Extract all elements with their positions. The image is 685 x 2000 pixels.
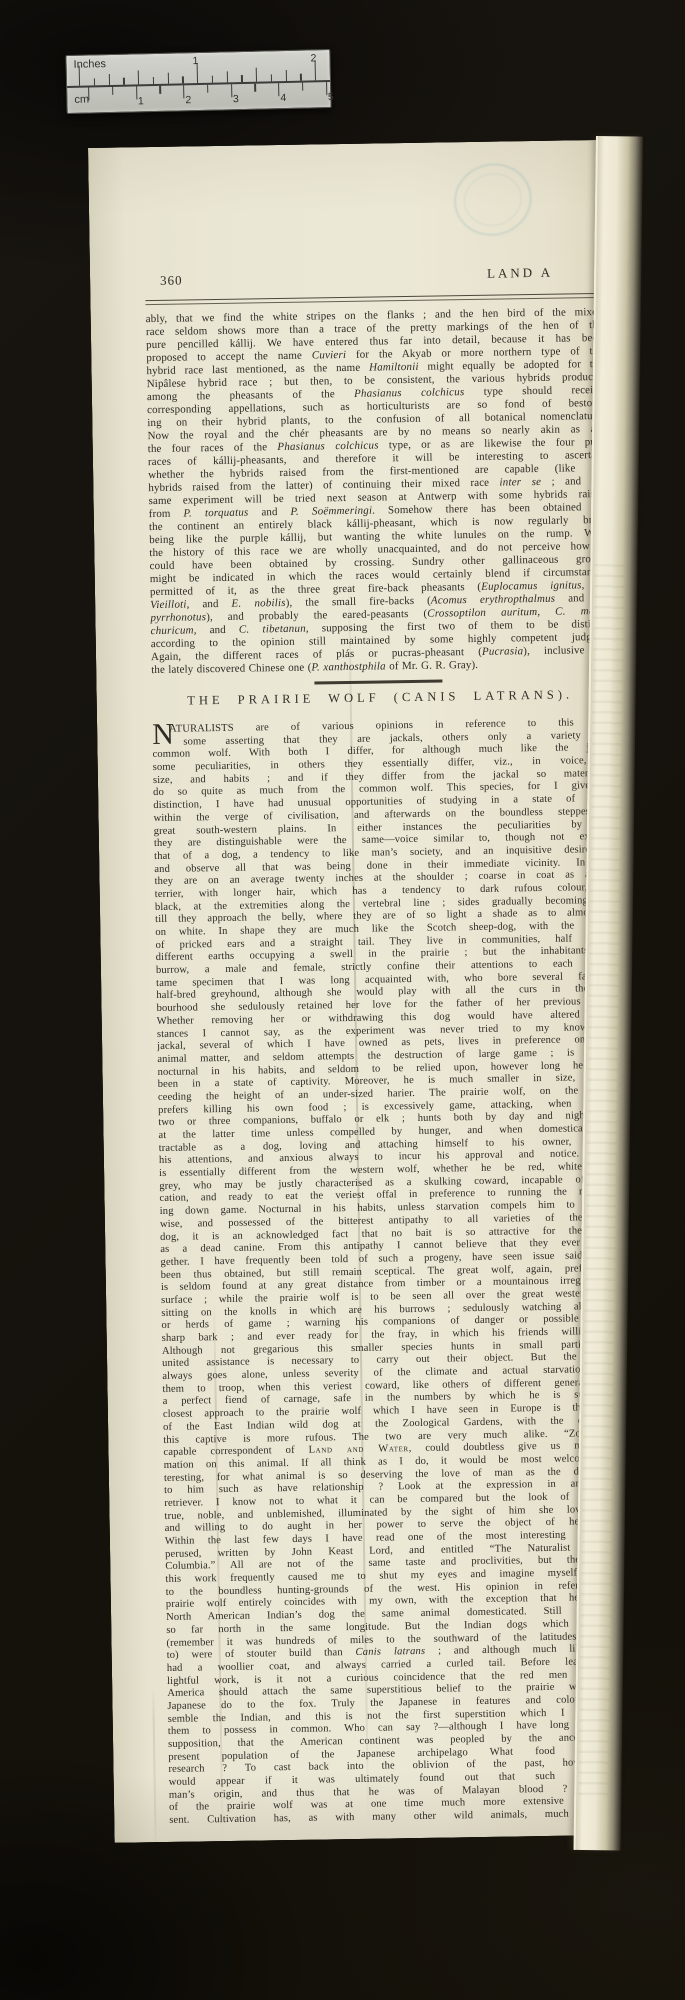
ruler-midline (67, 80, 330, 87)
ruler-tick (94, 78, 96, 86)
ruler-tick (88, 87, 90, 100)
article-prairie-wolf-text: N ATURALISTS are of various opinions in … (152, 717, 626, 1828)
ruler-inches-ticks: 12 (66, 50, 329, 56)
ruler-tick (182, 76, 184, 84)
ruler-number: 1 (138, 95, 144, 107)
ruler-tick (108, 74, 110, 85)
section-divider-rule (314, 679, 442, 684)
ruler-tick (256, 68, 258, 82)
ruler-tick (226, 71, 228, 82)
ruler-tick (271, 74, 273, 82)
article-pheasants-text: ably, that we find the white stripes on … (146, 306, 609, 677)
ruler-tick (241, 75, 243, 83)
ruler-tick (212, 75, 214, 83)
measuring-ruler: Inches cm 12 12345 (65, 49, 331, 114)
ruler-number: 5 (328, 91, 334, 103)
ruler-tick (254, 84, 256, 92)
drop-cap: N (152, 721, 174, 749)
article-heading: THE PRAIRIE WOLF (CANIS LATRANS). (152, 687, 609, 709)
ruler-tick (153, 77, 155, 85)
circular-ink-stamp-icon (446, 155, 540, 245)
ruler-number: 4 (280, 92, 286, 104)
ruler-tick (300, 73, 302, 81)
ruler-number: 2 (310, 52, 316, 64)
ruler-tick (207, 85, 209, 93)
ruler-tick (302, 83, 304, 91)
ruler-tick (285, 70, 287, 81)
ruler-number: 2 (185, 94, 191, 106)
ruler-tick (159, 86, 161, 94)
ruler-tick (123, 77, 125, 85)
scanned-book-photo: Inches cm 12 12345 360 LAND A ably, that… (0, 0, 685, 2000)
ruler-tick (167, 73, 169, 84)
book-page: 360 LAND A ably, that we find the white … (88, 140, 631, 1843)
ruler-tick (138, 70, 140, 84)
ruler-tick (112, 87, 114, 95)
running-title: LAND A (430, 264, 610, 283)
ruler-number: 3 (233, 93, 239, 105)
ruler-number: 1 (192, 55, 198, 67)
ruler-cm-label: cm (74, 93, 89, 105)
page-number: 360 (160, 273, 183, 289)
page-crease (152, 1687, 157, 1847)
